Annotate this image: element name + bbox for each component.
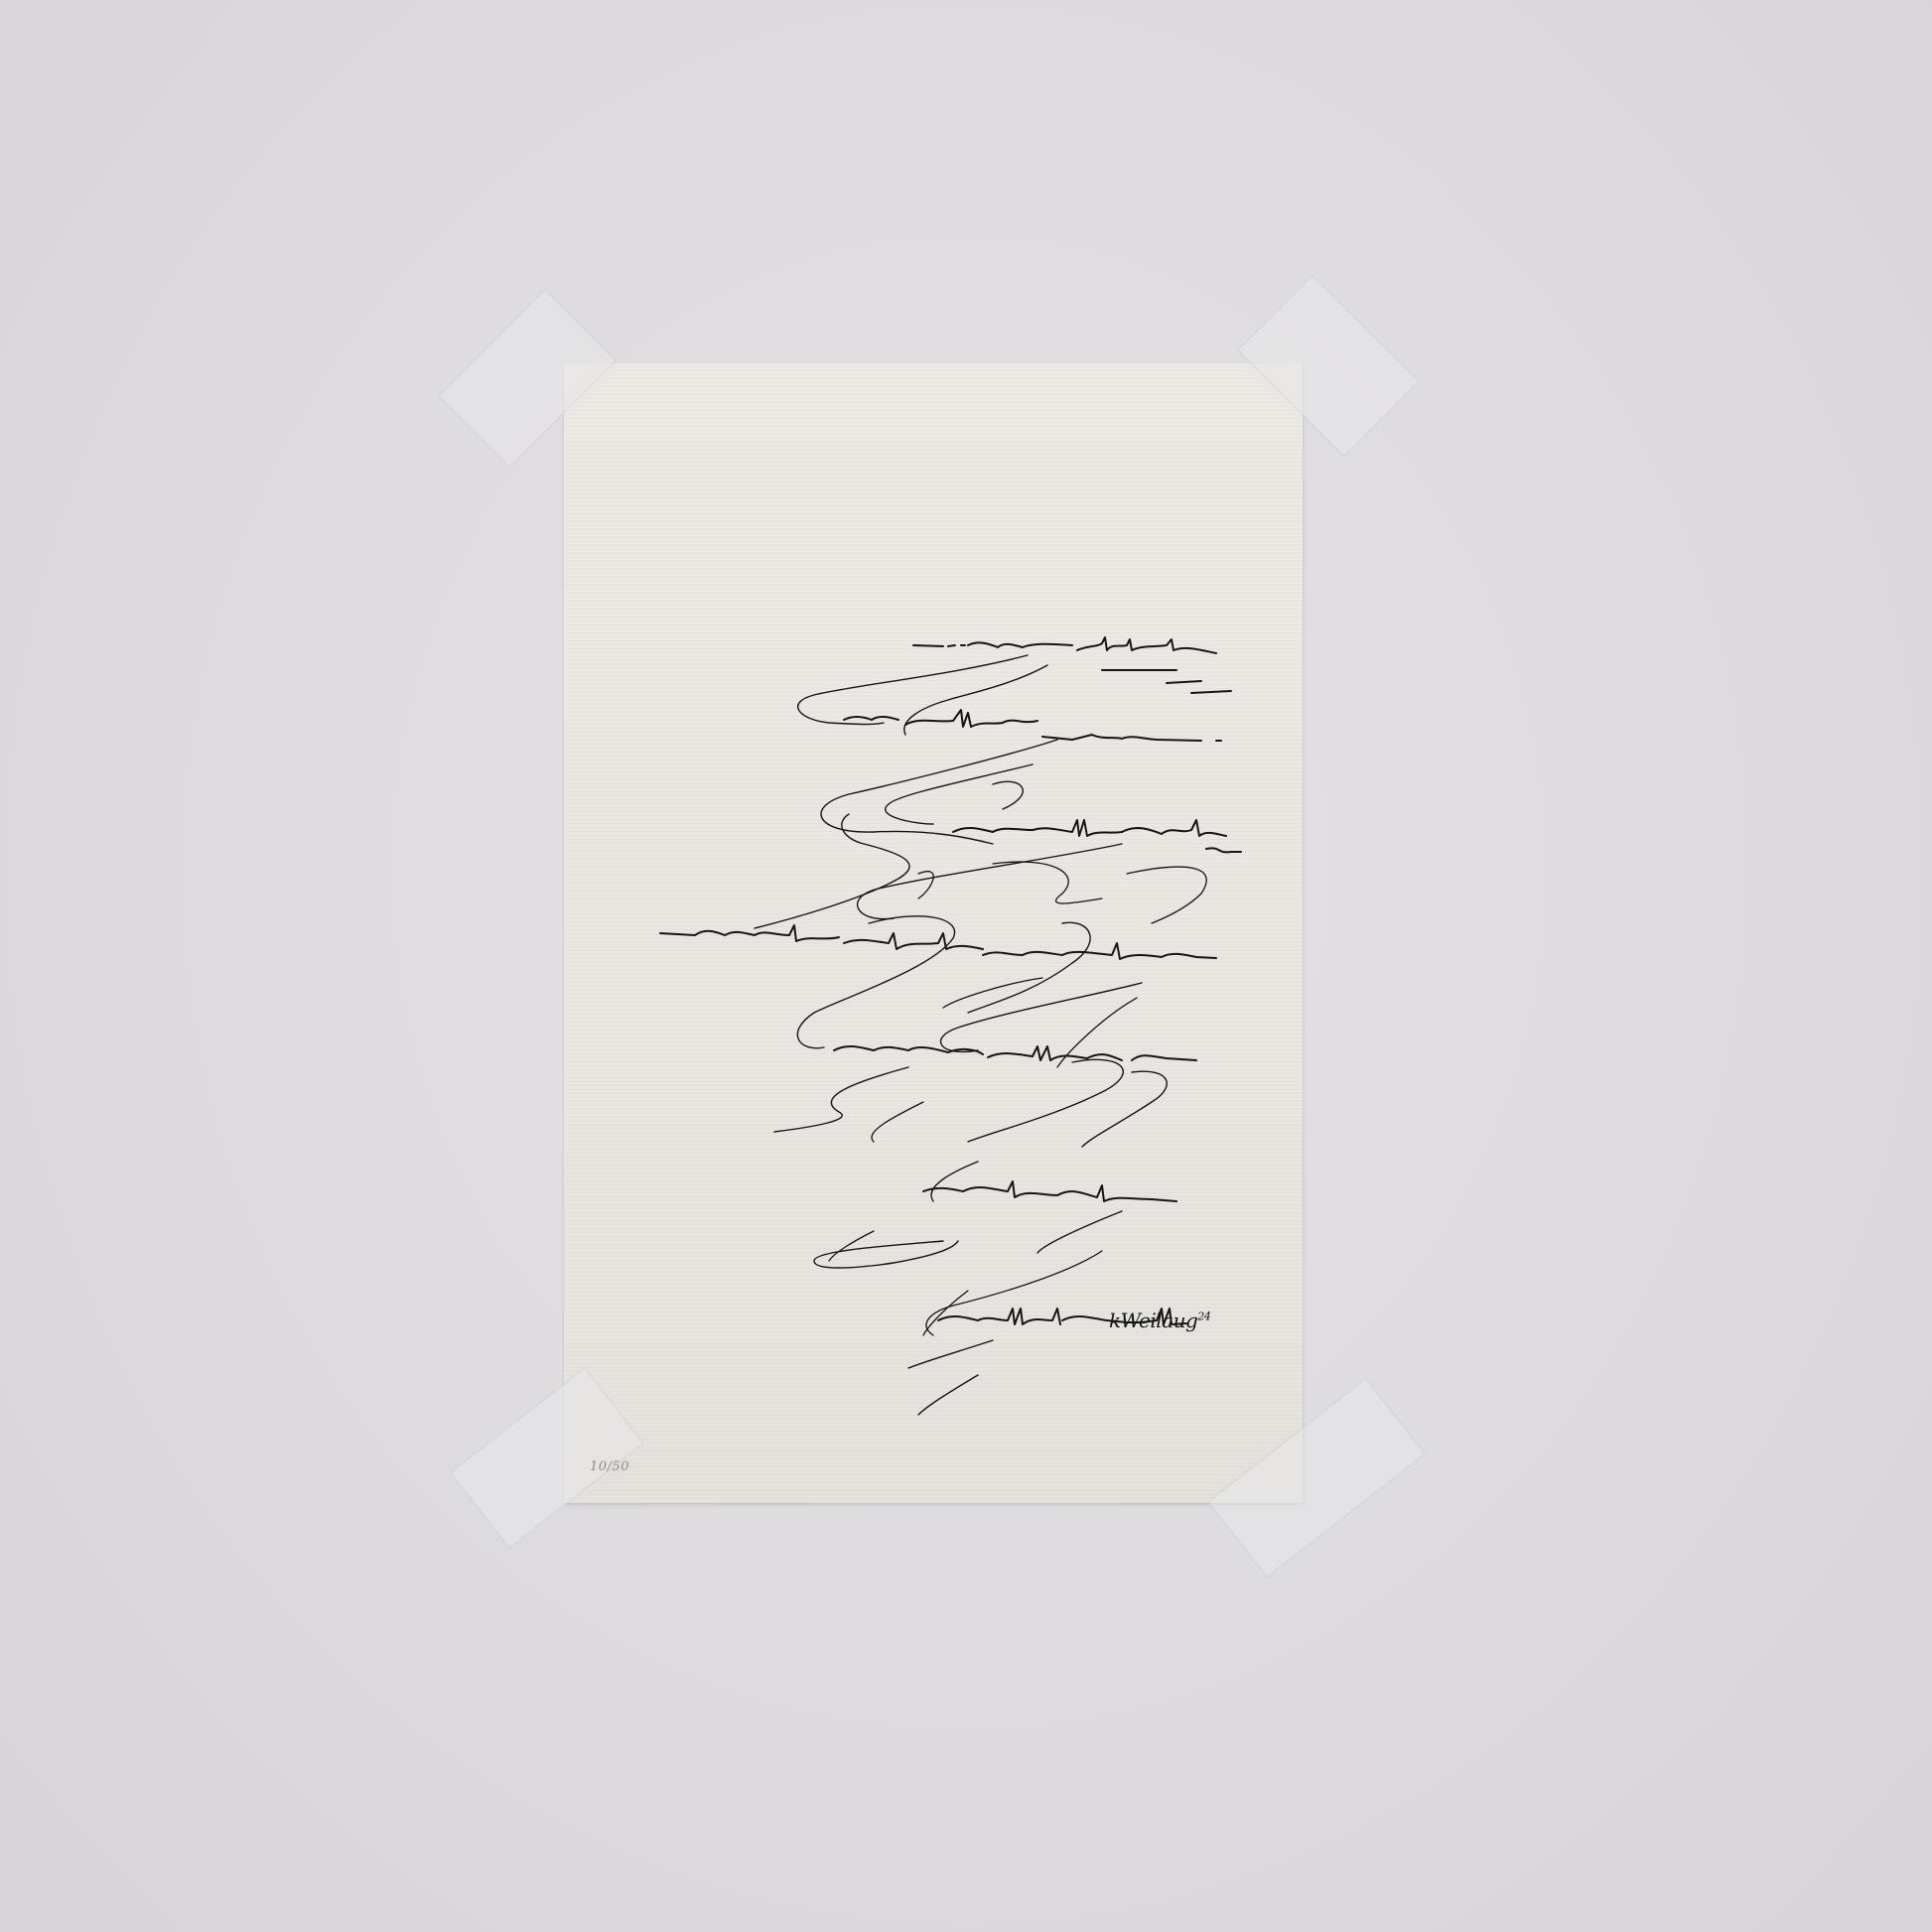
signature-text: kWeilaug [1109, 1309, 1197, 1332]
artist-signature: kWeilaug24 [1109, 1309, 1210, 1332]
signature-year: 24 [1197, 1310, 1210, 1322]
edition-number: 10/50 [590, 1459, 629, 1474]
